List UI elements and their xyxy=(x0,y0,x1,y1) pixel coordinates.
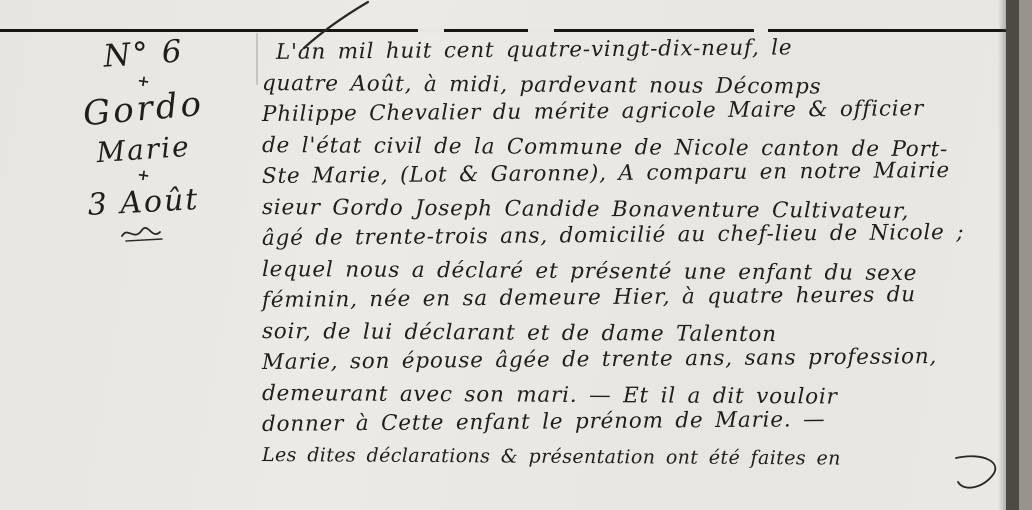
manuscript-line: Les dites déclarations & présentation on… xyxy=(262,440,1004,476)
margin-column-divider xyxy=(256,33,258,85)
manuscript-line: Ste Marie, (Lot & Garonne), A comparu en… xyxy=(262,155,1004,192)
manuscript-line: Marie, son épouse âgée de trente ans, sa… xyxy=(262,341,1004,378)
manuscript-line: âgé de trente-trois ans, domicilié au ch… xyxy=(262,217,1004,254)
page-edge-outer xyxy=(1019,0,1032,510)
closing-flourish-icon xyxy=(952,452,1012,496)
manuscript-line: L'an mil huit cent quatre-vingt-dix-neuf… xyxy=(262,31,1004,68)
paraph-flourish-icon xyxy=(116,222,172,246)
rule-break xyxy=(528,28,554,33)
manuscript-line: féminin, née en sa demeure Hier, à quatr… xyxy=(262,279,1004,316)
rule-break xyxy=(418,28,444,33)
manuscript-line: Philippe Chevalier du mérite agricole Ma… xyxy=(262,93,1004,130)
margin-date: 3 Août xyxy=(35,179,252,225)
register-scan-page: N° 6 + Gordo Marie + 3 Août L'an mil hui… xyxy=(0,0,1032,510)
act-body: L'an mil huit cent quatre-vingt-dix-neuf… xyxy=(262,37,1004,471)
manuscript-line: donner à Cette enfant le prénom de Marie… xyxy=(262,403,1004,440)
page-edge-gutter xyxy=(1006,0,1019,510)
margin-annotation: N° 6 + Gordo Marie + 3 Août xyxy=(36,36,251,246)
